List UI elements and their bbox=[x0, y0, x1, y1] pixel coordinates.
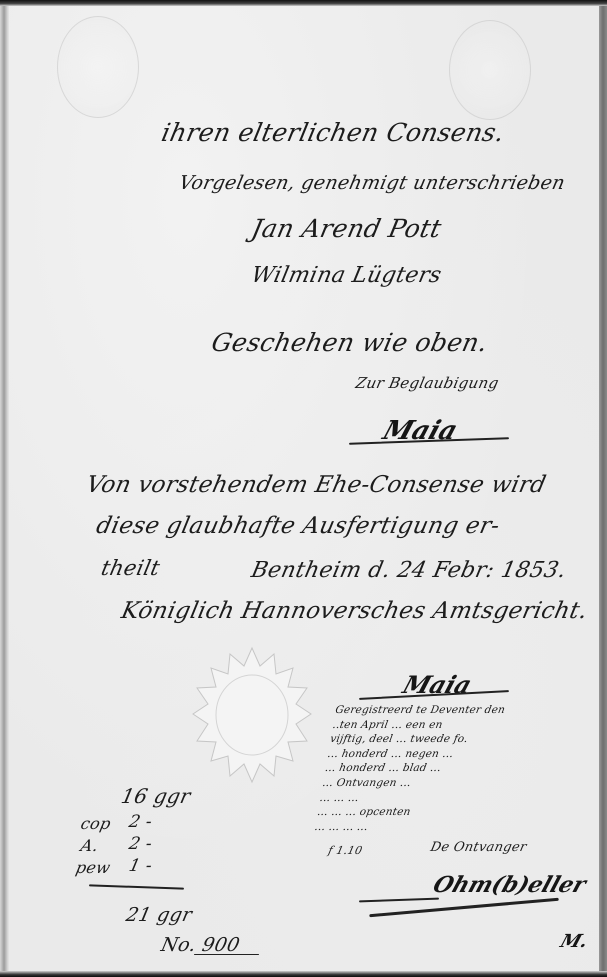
annotation-line: ... ... ... ... bbox=[313, 820, 596, 835]
signature-official: Ohm(b)eller bbox=[430, 872, 589, 898]
fee-label-a: A. bbox=[79, 836, 100, 855]
scan-bottom-edge bbox=[0, 971, 607, 977]
text-line-court: Königlich Hannoversches Amtsgericht. bbox=[119, 598, 590, 624]
fee-value-a: 2 - bbox=[127, 834, 154, 854]
annotation-line: ... ... ... bbox=[319, 791, 602, 806]
text-line-done-as-above: Geschehen wie oben. bbox=[209, 328, 490, 357]
text-line-place-date: Bentheim d. 24 Febr: 1853. bbox=[249, 558, 569, 583]
text-line-read-signed: Vorgelesen, genehmigt unterschrieben bbox=[177, 172, 567, 194]
annotation-line: ..ten April ... een en bbox=[331, 718, 607, 733]
document-number-underline bbox=[194, 954, 259, 955]
fee-total: 21 ggr bbox=[124, 904, 194, 926]
watermark-stamp-right bbox=[449, 20, 531, 120]
annotation-line: ... honderd ... blad ... bbox=[324, 761, 607, 776]
text-line-name-bride: Wilmina Lügters bbox=[249, 263, 444, 288]
text-line-consent-issued: Von vorstehendem Ehe-Consense wird bbox=[84, 472, 548, 498]
registration-annotation: Geregistreerd te Deventer den ..ten Apri… bbox=[313, 703, 607, 834]
annotation-line: ... honderd ... negen ... bbox=[326, 747, 607, 762]
annotation-line: ... ... ... opcenten bbox=[316, 805, 599, 820]
watermark-stamp-left bbox=[57, 16, 139, 118]
fee-label-pew: pew bbox=[74, 858, 112, 877]
signature-flourish-official-1 bbox=[359, 898, 439, 903]
fee-label-cop: cop bbox=[79, 814, 113, 833]
fee-value-pew: 1 - bbox=[127, 856, 154, 876]
annotation-receiver-label: De Ontvanger bbox=[429, 840, 528, 855]
text-line-certified-copy: diese glaubhafte Ausfertigung er- bbox=[94, 513, 502, 539]
scan-top-edge bbox=[0, 0, 607, 6]
annotation-fee: f 1.10 bbox=[327, 844, 364, 857]
text-line-consent: ihren elterlichen Consens. bbox=[159, 118, 507, 147]
embossed-seal-icon bbox=[192, 646, 312, 784]
text-line-certification: Zur Beglaubigung bbox=[354, 374, 500, 392]
scan-right-edge bbox=[599, 0, 607, 977]
scan-left-edge bbox=[0, 0, 9, 977]
document-page: ihren elterlichen Consens. Vorgelesen, g… bbox=[9, 6, 599, 971]
annotation-line: vijftig, deel ... tweede fo. bbox=[329, 732, 607, 747]
text-line-issued: theilt bbox=[99, 556, 162, 580]
document-number: No. 900 bbox=[159, 934, 242, 956]
fee-sum-underline bbox=[89, 884, 184, 889]
corner-initials: M. bbox=[558, 931, 591, 952]
text-line-name-groom: Jan Arend Pott bbox=[249, 214, 444, 243]
annotation-line: ... Ontvangen ... bbox=[321, 776, 604, 791]
fee-value-cop: 2 - bbox=[127, 812, 154, 832]
fee-line-base: 16 ggr bbox=[119, 784, 193, 808]
annotation-line: Geregistreerd te Deventer den bbox=[334, 703, 607, 718]
